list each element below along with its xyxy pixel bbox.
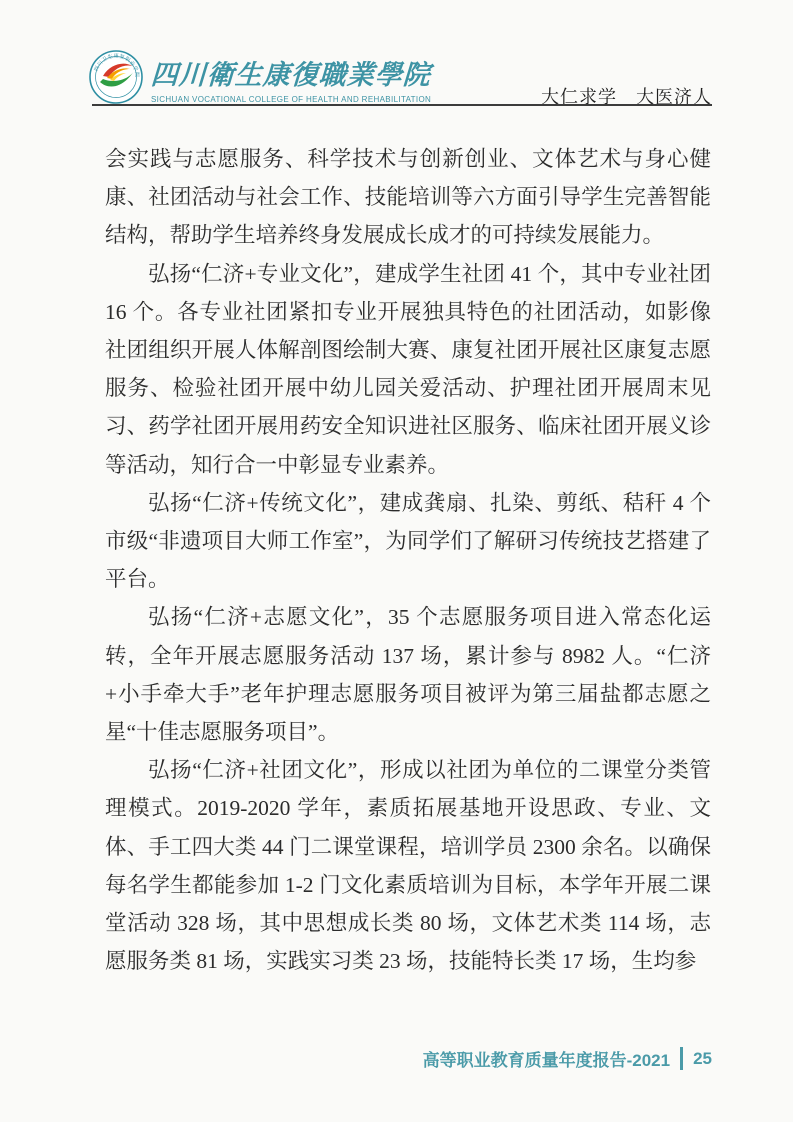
footer-report-title: 高等职业教育质量年度报告-2021 xyxy=(423,1046,670,1071)
paragraph: 弘扬“仁济+传统文化”，建成龚扇、扎染、剪纸、秸秆 4 个市级“非遗项目大师工作… xyxy=(105,484,711,599)
footer-divider xyxy=(680,1047,683,1070)
college-name-en: SICHUAN VOCATIONAL COLLEGE OF HEALTH AND… xyxy=(151,95,431,104)
page-footer: 高等职业教育质量年度报告-2021 25 xyxy=(423,1046,712,1071)
college-name-zh: 四川衛生康復職業學院 xyxy=(150,53,432,92)
paragraph: 弘扬“仁济+专业文化”，建成学生社团 41 个，其中专业社团 16 个。各专业社… xyxy=(105,255,711,484)
paragraph: 会实践与志愿服务、科学技术与创新创业、文体艺术与身心健康、社团活动与社会工作、技… xyxy=(105,140,711,255)
page-body: 会实践与志愿服务、科学技术与创新创业、文体艺术与身心健康、社团活动与社会工作、技… xyxy=(105,140,711,980)
paragraph: 弘扬“仁济+社团文化”，形成以社团为单位的二课堂分类管理模式。2019-2020… xyxy=(105,751,711,980)
college-logo-icon: 四川卫生康复职业学院 xyxy=(88,49,144,105)
college-emblem-icon: 四川卫生康复职业学院 xyxy=(88,49,144,105)
header-divider xyxy=(92,104,712,106)
college-name-block: 四川衛生康復職業學院 SICHUAN VOCATIONAL COLLEGE OF… xyxy=(151,53,431,104)
paragraph: 弘扬“仁济+志愿文化”，35 个志愿服务项目进入常态化运转，全年开展志愿服务活动… xyxy=(105,598,711,751)
footer-page-number: 25 xyxy=(693,1049,712,1069)
report-page: 四川卫生康复职业学院 四川衛生康復職業學院 SICHUAN VOCATIONAL… xyxy=(0,0,793,1122)
